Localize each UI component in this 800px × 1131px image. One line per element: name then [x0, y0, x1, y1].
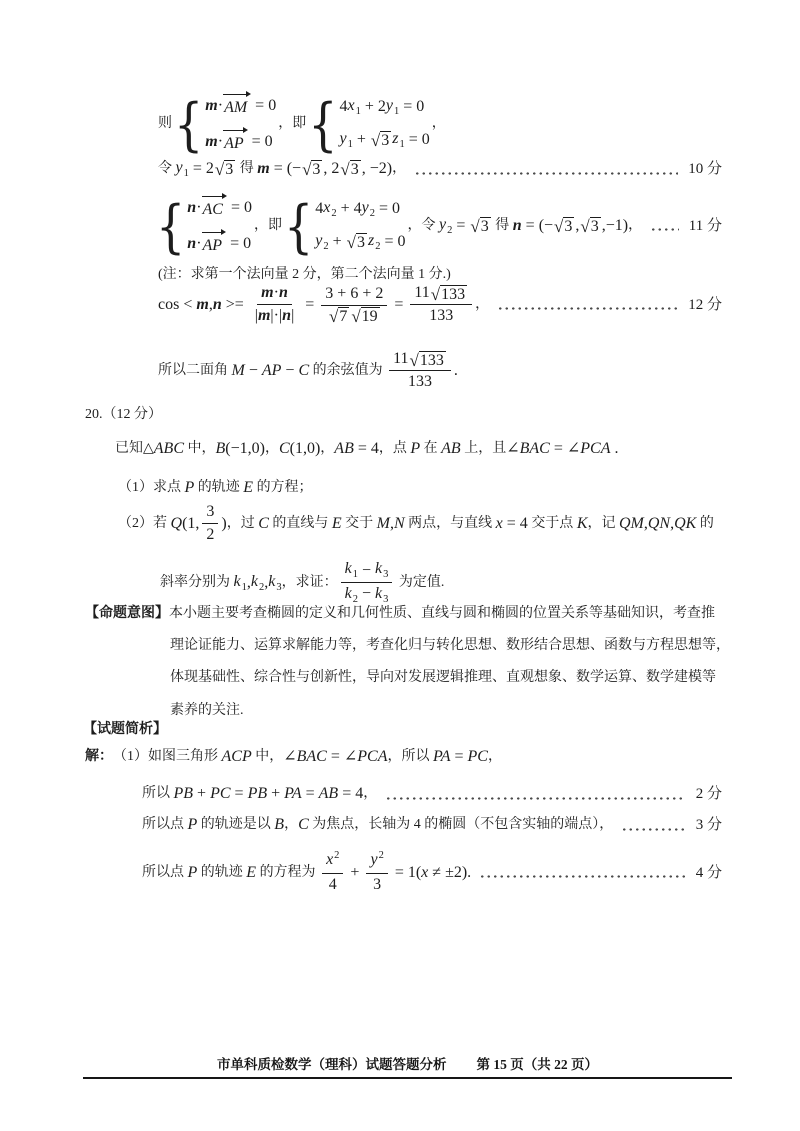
math-vector-symbol: m — [258, 306, 270, 326]
square-root: √3 — [302, 160, 322, 178]
numerator: y2 — [366, 850, 387, 874]
numerator: k1 − k3 — [341, 559, 393, 583]
math-literal: 11 — [393, 349, 408, 369]
math-variable: M — [377, 513, 390, 535]
left-brace: { — [308, 95, 337, 153]
superscript: 2 — [379, 850, 384, 861]
math-literal: − — [358, 584, 375, 604]
math-variable-subscripted: y2 — [315, 230, 328, 254]
math-variable: QM — [619, 513, 644, 535]
math-literal: = (− — [522, 215, 553, 237]
vector-overarrow: AC — [202, 194, 227, 221]
math-vector-symbol: n — [187, 197, 196, 219]
text-run: 的方程； — [253, 477, 313, 499]
math-variable-subscripted: y1 — [176, 157, 189, 181]
text-run: ，即 — [254, 215, 282, 237]
math-variable-subscripted: y1 — [339, 128, 352, 152]
math-literal: 3 — [351, 161, 359, 178]
math-vector-symbol: m — [205, 131, 217, 153]
text-run: ， — [475, 294, 489, 316]
numerator: 3 — [202, 502, 218, 524]
math-literal: (−1,0) — [225, 438, 265, 460]
math-literal: 3 — [225, 161, 233, 178]
dotted-leader — [497, 306, 678, 311]
math-literal: ∠ — [283, 746, 296, 768]
math-variable: M — [232, 360, 245, 382]
math-literal: 3 — [481, 218, 489, 235]
text-run: 斜率分别为 — [160, 572, 234, 594]
math-literal: ≠ ±2) — [428, 862, 467, 884]
text-run: 的轨迹 — [197, 862, 246, 884]
denominator: 133 — [425, 305, 457, 326]
radical-sign: √ — [347, 234, 356, 251]
math-variable-subscripted: z2 — [368, 230, 380, 254]
denominator: √7√19 — [324, 306, 385, 325]
math-variable: PA — [433, 746, 450, 768]
text-run: ， — [284, 814, 298, 836]
math-variable: PCA — [357, 746, 387, 768]
system-row: m·AP = 0 — [205, 128, 276, 155]
text-run-bold: 【试题简析】 — [83, 719, 167, 741]
score-label: 11 分 — [689, 215, 722, 237]
math-variable: QK — [674, 513, 696, 535]
math-literal: = 4 — [354, 438, 379, 460]
text-run: 得 — [236, 158, 257, 180]
math-literal: + — [346, 862, 363, 884]
text-run: 上，且 — [461, 438, 507, 460]
equation-system: {4x1 + 2y1 = 0y1 + √3z1 = 0 — [308, 95, 430, 152]
math-variable-subscripted: x1 — [347, 95, 360, 119]
math-literal: 3 — [381, 132, 389, 149]
math-literal: + — [267, 783, 284, 805]
math-literal: = 0 — [375, 198, 400, 220]
equation-system: {n·AC = 0n·AP = 0 — [156, 194, 252, 257]
vector-overarrow: AP — [223, 128, 248, 155]
subscript: 1 — [184, 168, 189, 179]
square-root: √3 — [470, 217, 490, 235]
text-run-bold: 解： — [85, 746, 113, 768]
math-literal: ∠ — [506, 438, 519, 460]
subscript: 1 — [348, 139, 353, 150]
text-run: ， — [432, 113, 446, 135]
math-variable: C — [298, 360, 309, 382]
math-vector-symbol: n — [213, 294, 222, 316]
page-footer: 市单科质检数学（理科）试题答题分析第 15 页（共 22 页） — [83, 1053, 732, 1073]
subscript: 3 — [383, 569, 388, 580]
fraction: y23 — [366, 850, 387, 895]
fraction: 32 — [202, 502, 218, 545]
math-variable: AB — [319, 783, 339, 805]
question-given-line: 已知△ABC 中，B(−1,0)，C(1,0)，AB = 4，点 P 在 AB … — [115, 438, 618, 460]
math-literal: = 0 — [251, 95, 276, 117]
vector-arrow-bar — [223, 94, 247, 95]
square-root: √3 — [340, 160, 360, 178]
text-run: ，即 — [278, 113, 306, 135]
text-run: ， — [392, 158, 406, 180]
solution-line-1: 解：（1）如图三角形 ACP 中，∠BAC = ∠PCA，所以 PA = PC， — [85, 746, 502, 768]
math-vector-symbol: m — [261, 283, 273, 303]
n-system-line: {n·AC = 0n·AP = 0，即{4x2 + 4y2 = 0y2 + √3… — [154, 194, 722, 257]
math-variable: E — [332, 513, 342, 535]
math-variable: B — [274, 814, 284, 836]
math-literal: − — [281, 360, 298, 382]
system-rows: n·AC = 0n·AP = 0 — [187, 194, 252, 257]
math-literal: = — [301, 294, 318, 316]
math-variable: P — [188, 814, 198, 836]
question-20-header: 20.（12 分） — [85, 404, 162, 426]
vector-arrowhead — [243, 127, 248, 133]
math-literal: 133 — [420, 352, 444, 369]
math-literal: = 0 — [381, 231, 406, 253]
footer-rule — [83, 1077, 732, 1079]
text-run: ，记 — [587, 513, 619, 535]
radical-sign: √ — [371, 132, 380, 149]
math-literal: = — [302, 783, 319, 805]
math-variable: AP — [203, 235, 223, 257]
radicand: 7 — [338, 307, 349, 325]
square-root: √3 — [215, 160, 235, 178]
subscript: 2 — [370, 208, 375, 219]
radical-sign: √ — [215, 161, 224, 178]
dotted-leader — [414, 171, 678, 176]
math-literal: , — [575, 215, 579, 237]
math-literal: 11 — [414, 283, 429, 303]
radicand: 3 — [480, 217, 491, 235]
math-literal: = — [231, 783, 248, 805]
math-variable: ABC — [154, 438, 184, 460]
math-vector-symbol: n — [513, 215, 522, 237]
text-run: ， — [488, 746, 502, 768]
text-run: 素养的关注. — [170, 700, 244, 722]
text-run-bold: 【命题意图】 — [85, 603, 169, 625]
math-variable: PC — [468, 746, 488, 768]
math-variable-subscripted: x2 — [323, 197, 336, 221]
text-run: ， — [628, 215, 642, 237]
math-literal: + 2 — [361, 96, 386, 118]
cosine-formula-line: cos < m,n >= m·n|m|·|n| = 3 + 6 + 2√7√19… — [158, 283, 722, 326]
intent-line-2: 理论证能力、运算求解能力等，考查化归与转化思想、数形结合思想、函数与方程思想等， — [170, 635, 730, 657]
text-run: 理论证能力、运算求解能力等，考查化归与转化思想、数形结合思想、函数与方程思想等， — [170, 635, 730, 657]
square-root: √133 — [410, 351, 446, 369]
radical-sign: √ — [302, 161, 311, 178]
radical-sign: √ — [329, 308, 338, 325]
text-run: 得 — [492, 215, 513, 237]
math-variable: PB — [248, 783, 268, 805]
math-vector-symbol: m — [205, 95, 217, 117]
radical-sign: √ — [351, 308, 360, 325]
vector-arrowhead — [222, 193, 227, 199]
square-root: √3 — [580, 217, 600, 235]
math-literal: 3 — [206, 502, 214, 522]
math-literal: = — [452, 215, 469, 237]
square-root: √3 — [347, 233, 367, 251]
intent-line-3: 体现基础性、综合性与创新性，导向对发展逻辑推理、直观想象、数学运算、数学建模等 — [170, 667, 716, 689]
subscript: 2 — [259, 582, 264, 593]
left-brace: { — [156, 197, 185, 255]
system-rows: m·AM = 0m·AP = 0 — [205, 92, 276, 155]
math-literal: + — [329, 231, 346, 253]
vector-arrow-bar — [202, 196, 223, 197]
text-run: 所以二面角 — [158, 360, 232, 382]
math-variable-subscripted: k3 — [375, 559, 388, 581]
math-literal: = 0 — [405, 129, 430, 151]
subscript: 3 — [276, 582, 281, 593]
math-literal: . — [610, 438, 618, 460]
math-variable: E — [243, 477, 253, 499]
math-literal: 133 — [408, 372, 432, 392]
subscript: 1 — [356, 106, 361, 117]
square-root: √3 — [371, 131, 391, 149]
subscript: 2 — [375, 241, 380, 252]
math-literal: 7 — [339, 308, 347, 325]
radical-sign: √ — [580, 218, 589, 235]
m-system-line: 则{m·AM = 0m·AP = 0，即{4x1 + 2y1 = 0y1 + √… — [158, 92, 446, 155]
math-variable: C — [279, 438, 290, 460]
math-literal: − — [245, 360, 262, 382]
radicand: 3 — [590, 217, 601, 235]
dotted-leader — [479, 874, 686, 879]
radicand: 3 — [563, 217, 574, 235]
math-variable: ACP — [222, 746, 252, 768]
denominator: 2 — [202, 524, 218, 545]
math-variable-subscripted: z1 — [392, 128, 404, 152]
math-variable-subscripted: k1 — [234, 571, 247, 595]
math-variable-subscripted: y2 — [362, 197, 375, 221]
text-run: 的方程为 — [256, 862, 319, 884]
fraction: k1 − k3k2 − k3 — [341, 559, 393, 606]
math-literal: = ∠ — [327, 746, 357, 768]
vector-overarrow: AM — [223, 92, 251, 119]
math-variable-subscripted: k2 — [251, 571, 264, 595]
system-row: m·AM = 0 — [205, 92, 276, 119]
math-literal: . — [467, 862, 471, 884]
denominator: 4 — [325, 874, 341, 895]
text-run: 两点，与直线 — [405, 513, 496, 535]
vector-arrowhead — [221, 229, 226, 235]
radicand: 3 — [356, 233, 367, 251]
part2-line-b: 斜率分别为 k1,k2,k3，求证：k1 − k3k2 − k3 为定值. — [160, 559, 444, 606]
text-run: 的轨迹 — [194, 477, 243, 499]
part2-line-a: （2）若 Q(1,32)，过 C 的直线与 E 交于 M,N 两点，与直线 x … — [118, 502, 714, 545]
text-run: 所以点 — [142, 814, 188, 836]
radicand: 3 — [224, 160, 235, 178]
text-run: 则 — [158, 113, 172, 135]
text-run: ，令 — [408, 215, 440, 237]
math-literal: 3 — [591, 218, 599, 235]
text-run: 令 — [158, 158, 176, 180]
text-run: 已知△ — [115, 438, 154, 460]
math-literal: 19 — [362, 308, 378, 325]
math-variable: PA — [284, 783, 301, 805]
math-variable: P — [185, 477, 195, 499]
fraction: 11√133133 — [410, 283, 472, 326]
math-variable: AP — [224, 133, 244, 155]
subscript: 2 — [331, 208, 336, 219]
math-variable: C — [298, 814, 309, 836]
math-literal: 4 — [329, 875, 337, 895]
math-literal: 2 — [206, 525, 214, 545]
math-variable: C — [258, 513, 269, 535]
numerator: m·n — [257, 283, 292, 305]
text-run: 的直线与 — [269, 513, 332, 535]
math-literal: >= — [222, 294, 248, 316]
text-run: 为定值. — [395, 572, 444, 594]
intent-line-1: 【命题意图】本小题主要考查椭圆的定义和几何性质、直线与圆和椭圆的位置关系等基础知… — [85, 603, 715, 625]
text-run: 的轨迹是以 — [197, 814, 274, 836]
footer-title: 市单科质检数学（理科）试题答题分析 — [217, 1057, 447, 1072]
text-run: ， — [363, 783, 377, 805]
score-label: 10 分 — [688, 158, 722, 180]
math-literal: cos < — [158, 294, 196, 316]
math-vector-symbol: n — [279, 283, 288, 303]
subscript: 2 — [447, 225, 452, 236]
math-literal: |·| — [270, 306, 282, 326]
radicand: 3 — [350, 160, 361, 178]
text-run: 中， — [184, 438, 216, 460]
radical-sign: √ — [470, 218, 479, 235]
solution-line-2: 所以 PB + PC = PB + PA = AB = 4，2 分 — [142, 783, 722, 805]
math-literal: = 4 — [503, 513, 528, 535]
math-literal: = 1( — [391, 862, 421, 884]
square-root: √133 — [431, 285, 467, 303]
math-literal: = 0 — [399, 96, 424, 118]
math-literal: = — [450, 746, 467, 768]
subscript: 1 — [399, 139, 404, 150]
system-rows: 4x2 + 4y2 = 0y2 + √3z2 = 0 — [315, 197, 405, 254]
m-vector-result-line: 令 y1 = 2√3 得 m = (−√3, 2√3, −2)，10 分 — [158, 157, 722, 181]
math-variable-superscripted: y2 — [370, 850, 383, 872]
radicand: 3 — [311, 160, 322, 178]
text-run: 的 — [696, 513, 714, 535]
system-row: 4x1 + 2y1 = 0 — [339, 95, 429, 119]
radical-sign: √ — [431, 286, 440, 303]
dotted-leader — [650, 227, 679, 232]
math-literal: + — [193, 783, 210, 805]
math-vector-symbol: n — [282, 306, 291, 326]
math-literal: (1, — [182, 513, 199, 535]
text-run: 体现基础性、综合性与创新性，导向对发展逻辑推理、直观想象、数学运算、数学建模等 — [170, 667, 716, 689]
math-literal: = 0 — [227, 197, 252, 219]
math-literal: + 4 — [337, 198, 362, 220]
math-vector-symbol: n — [187, 233, 196, 255]
math-literal: | — [291, 306, 294, 326]
radicand: 133 — [419, 351, 446, 369]
denominator: 133 — [404, 371, 436, 392]
left-brace: { — [174, 95, 203, 153]
intent-line-4: 素养的关注. — [170, 700, 244, 722]
subscript: 1 — [242, 582, 247, 593]
vector-overarrow: AP — [202, 230, 227, 257]
math-variable: Q — [171, 513, 183, 535]
math-variable: K — [577, 513, 588, 535]
math-variable-superscripted: x2 — [326, 850, 339, 872]
numerator: 11√133 — [410, 283, 472, 305]
subscript: 1 — [353, 569, 358, 580]
math-variable: AB — [334, 438, 354, 460]
score-label: 12 分 — [688, 294, 722, 316]
math-variable: AB — [441, 438, 461, 460]
math-literal: , 2 — [323, 158, 339, 180]
equation-system: {m·AM = 0m·AP = 0 — [174, 92, 276, 155]
score-label: 4 分 — [696, 862, 722, 884]
math-variable: PCA — [580, 438, 610, 460]
text-run: 的余弦值为 — [309, 360, 386, 382]
dotted-leader — [621, 827, 686, 832]
vector-arrow-bar — [223, 130, 244, 131]
equation-system: {4x2 + 4y2 = 0y2 + √3z2 = 0 — [284, 197, 406, 254]
analysis-header: 【试题简析】 — [83, 719, 167, 741]
math-variable-subscripted: k1 — [345, 559, 358, 581]
square-root: √3 — [554, 217, 574, 235]
system-row: 4x2 + 4y2 = 0 — [315, 197, 405, 221]
math-literal: = 2 — [189, 158, 214, 180]
math-literal: = (− — [270, 158, 301, 180]
numerator: 3 + 6 + 2 — [321, 284, 387, 306]
radical-sign: √ — [340, 161, 349, 178]
text-run: ，点 — [379, 438, 411, 460]
math-variable-subscripted: k3 — [268, 571, 281, 595]
denominator: 3 — [369, 874, 385, 895]
subscript: 2 — [323, 241, 328, 252]
system-row: y1 + √3z1 = 0 — [339, 128, 429, 152]
radicand: 133 — [440, 285, 467, 303]
left-brace: { — [284, 197, 313, 255]
math-vector-symbol: m — [196, 294, 208, 316]
radical-sign: √ — [554, 218, 563, 235]
exam-answer-analysis-page: 则{m·AM = 0m·AP = 0，即{4x1 + 2y1 = 0y1 + √… — [0, 0, 800, 1131]
square-root: √19 — [351, 307, 379, 325]
math-literal: = 0 — [226, 233, 251, 255]
footer-page-number: 第 15 页（共 22 页） — [477, 1057, 599, 1072]
math-variable: BAC — [297, 746, 327, 768]
numerator: 11√133 — [389, 349, 451, 371]
radicand: 3 — [380, 131, 391, 149]
system-row: n·AP = 0 — [187, 230, 252, 257]
part1-line: （1）求点 P 的轨迹 E 的方程； — [118, 477, 313, 499]
math-literal: (1,0) — [290, 438, 321, 460]
math-variable: x — [421, 862, 428, 884]
math-literal: 3 — [373, 875, 381, 895]
math-literal: 133 — [441, 286, 465, 303]
score-label: 3 分 — [696, 814, 722, 836]
math-literal: 3 — [357, 234, 365, 251]
math-literal: ,−1) — [602, 215, 628, 237]
system-row: n·AC = 0 — [187, 194, 252, 221]
text-run: ，过 — [227, 513, 259, 535]
vector-arrow-bar — [202, 232, 223, 233]
solution-line-4: 所以点 P 的轨迹 E 的方程为 x24 + y23 = 1(x ≠ ±2).4… — [142, 850, 722, 895]
math-variable: AC — [203, 199, 223, 221]
square-root: √7 — [329, 307, 349, 325]
math-vector-symbol: m — [257, 158, 269, 180]
text-run: ，求证： — [282, 572, 338, 594]
denominator: |m|·|n| — [251, 305, 299, 326]
solution-line-3: 所以点 P 的轨迹是以 B，C 为焦点，长轴为 4 的椭圆（不包含实轴的端点），… — [142, 814, 722, 836]
text-run: （2）若 — [118, 513, 171, 535]
math-literal: = 0 — [248, 131, 273, 153]
text-run: 交于点 — [528, 513, 577, 535]
math-literal: + — [353, 129, 370, 151]
text-run: 20.（12 分） — [85, 404, 162, 426]
text-run: （1）求点 — [118, 477, 185, 499]
math-literal: = — [390, 294, 407, 316]
text-run: 本小题主要考查椭圆的定义和几何性质、直线与圆和椭圆的位置关系等基础知识，考查推 — [169, 603, 715, 625]
math-variable: x — [496, 513, 503, 535]
fraction: x24 — [322, 850, 343, 895]
math-literal: 3 — [312, 161, 320, 178]
text-run: 为焦点，长轴为 4 的椭圆（不包含实轴的端点）， — [309, 814, 614, 836]
math-variable: N — [394, 513, 405, 535]
